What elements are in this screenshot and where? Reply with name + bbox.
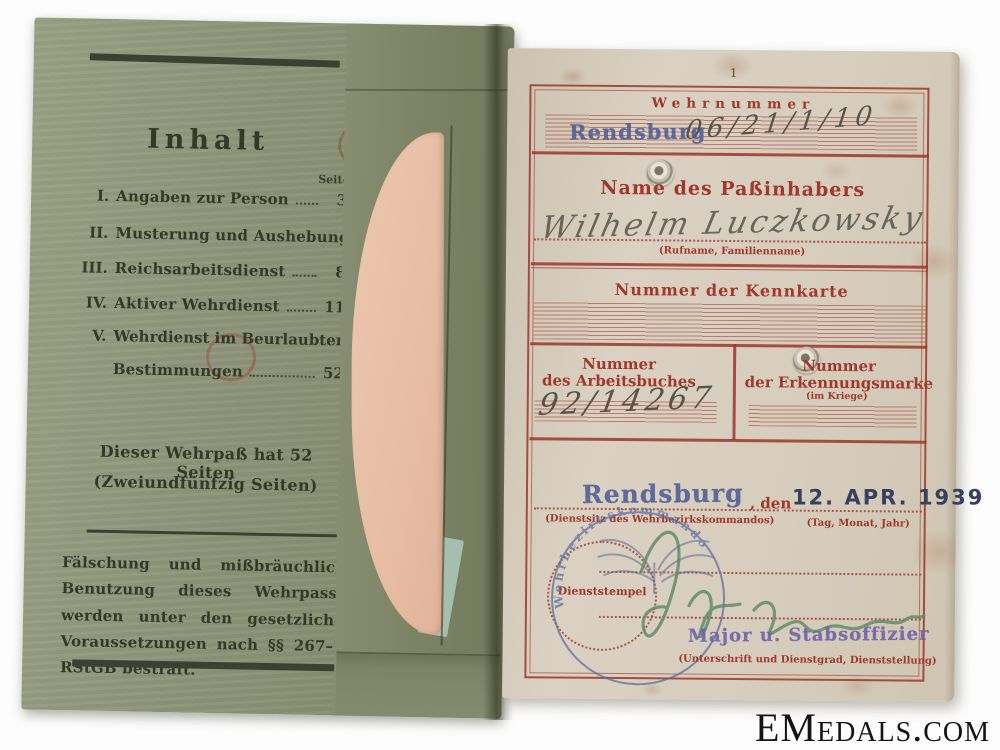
dienststempel-label: Dienststempel [555, 584, 649, 598]
name-heading: Name des Paßinhabers [507, 176, 959, 202]
dot-leader [287, 309, 316, 312]
erkennungsmarke-ruled-lines [749, 405, 917, 427]
page-number: 1 [508, 64, 960, 82]
kennkarte-ruled-lines [533, 302, 925, 322]
toc-label: Angaben zur Person [116, 187, 289, 208]
contents-title: Inhalt [87, 122, 330, 158]
toc-label: Aktiver Wehrdienst [114, 294, 280, 315]
kennkarte-ruled-lines [533, 322, 925, 342]
toc-numeral: II. [78, 223, 108, 242]
dot-leader [296, 203, 318, 205]
issue-place-stamp: Rendsburg [582, 479, 744, 509]
wehrpass-photo: Inhalt Seite I. Angaben zur Person 3 II.… [0, 0, 1000, 750]
date-stamp: 12. APR. 1939 [792, 485, 984, 509]
dot-leader [250, 375, 315, 378]
name-sublabel: (Rufname, Familienname) [602, 245, 862, 258]
toc-numeral [76, 373, 106, 374]
erkennungsmarke-sublabel: (im Kriege) [757, 390, 917, 402]
dot-leader [292, 274, 316, 276]
arbeitsbuch-ruled-lines [535, 400, 717, 423]
toc-numeral: V. [76, 326, 106, 345]
officer-rank-stamp: Major u. Stabsoffizier [668, 623, 950, 646]
emedals-watermark: EMedals.com [755, 706, 990, 750]
toc-numeral: III. [78, 258, 108, 277]
toc-label: Bestimmungen [113, 360, 244, 380]
kennkarte-heading: Nummer der Kennkarte [506, 279, 958, 302]
toc-numeral: IV. [77, 293, 107, 312]
issue-date-sublabel: (Tag, Monat, Jahr) [796, 518, 921, 530]
issue-place-sublabel: (Dienstsitz des Wehrbezirkskommandos) [540, 513, 780, 526]
pocket-bottom-fold [335, 651, 500, 718]
toc-numeral: I. [79, 186, 109, 205]
toc-label: Reichsarbeitsdienst [115, 259, 286, 280]
wehrpass-page-1: 1 Wehrnummer Rendsburg 06/21/1/10 Name d… [502, 48, 960, 702]
